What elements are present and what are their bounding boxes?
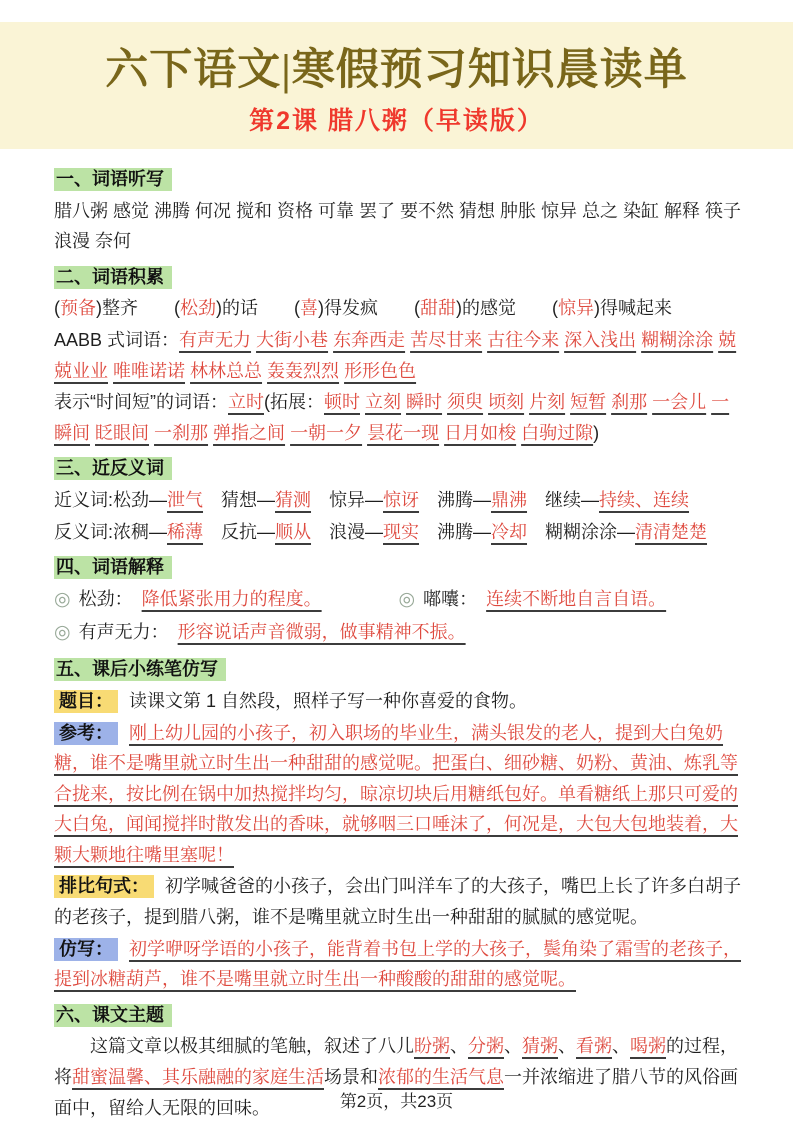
section-accumulation: 二、词语积累 (预备)整齐 (松劲)的话 (喜)得发疯 (甜甜)的感觉 (惊异)… — [54, 262, 743, 449]
parallel-sentence-text: 初学喊爸爸的小孩子，会出门叫洋车了的大孩子，嘴巴上长了许多白胡子的老孩子，提到腊… — [54, 876, 741, 927]
text-segment: 苦尽甘来 — [410, 330, 482, 350]
definition-text: 降低紧张用力的程度。 — [142, 589, 322, 609]
text-segment: 立时 — [228, 392, 264, 412]
definition-item: ◎ 有声无力： 形容说话声音微弱，做事精神不振。 — [54, 617, 743, 649]
text-segment: 顷刻 — [488, 392, 524, 412]
text-segment: 反抗— — [203, 522, 275, 542]
definition-term: 有声无力： — [79, 622, 169, 642]
text-segment: 稀薄 — [167, 522, 203, 542]
text-segment: 看粥 — [576, 1036, 612, 1056]
section-heading-row: 六、课文主题 — [54, 1000, 743, 1031]
section-dictation: 一、词语听写 腊八粥 感觉 沸腾 何况 搅和 资格 可靠 罢了 要不然 猜想 肿… — [54, 164, 743, 257]
topic-label: 题目： — [54, 690, 118, 713]
fill-in-phrases-line: (预备)整齐 (松劲)的话 (喜)得发疯 (甜甜)的感觉 (惊异)得喊起来 — [54, 293, 743, 324]
text-segment: 预备 — [60, 298, 96, 318]
section-heading-practice: 五、课后小练笔仿写 — [54, 658, 226, 681]
text-segment: 顿时 — [324, 392, 360, 412]
circle-bullet-icon: ◎ — [54, 622, 71, 643]
short-time-words-line: 表示“时间短”的词语：立时(拓展：顿时 立刻 瞬时 须臾 顷刻 片刻 短暂 刹那… — [54, 387, 743, 448]
text-segment: 昙花一现 — [367, 423, 439, 443]
title-banner: 六下语文|寒假预习知识晨读单 第2课 腊八粥（早读版） — [0, 22, 793, 149]
text-segment: 弹指之间 — [213, 423, 285, 443]
reference-paragraph: 参考： 刚上幼儿园的小孩子，初入职场的毕业生，满头银发的老人，提到大白兔奶糖，谁… — [54, 718, 743, 871]
text-segment: 鼎沸 — [491, 490, 527, 510]
page-title: 六下语文|寒假预习知识晨读单 — [0, 36, 793, 97]
definition-text: 形容说话声音微弱，做事精神不振。 — [178, 622, 466, 642]
definition-row: ◎ 松劲： 降低紧张用力的程度。 ◎ 嘟囔： 连续不断地自言自语。 — [54, 584, 743, 617]
text-segment: ) — [593, 423, 599, 443]
text-segment: 泄气 — [167, 490, 203, 510]
text-segment: 松劲 — [180, 298, 216, 318]
section-heading-row: 五、课后小练笔仿写 — [54, 654, 743, 685]
text-segment: 糊糊涂涂— — [527, 522, 635, 542]
text-segment: 眨眼间 — [95, 423, 149, 443]
text-segment: 腊八粥 感觉 沸腾 何况 搅和 资格 可靠 罢了 要不然 猜想 肿胀 惊异 总之… — [54, 201, 741, 252]
text-segment: 有声无力 — [179, 330, 251, 350]
section-heading-definitions: 四、词语解释 — [54, 556, 172, 579]
dictation-word-list: 腊八粥 感觉 沸腾 何况 搅和 资格 可靠 罢了 要不然 猜想 肿胀 惊异 总之… — [54, 196, 743, 257]
text-segment: )得发疯 ( — [318, 298, 420, 318]
antonyms-line: 反义词:浓稠—稀薄 反抗—顺从 浪漫—现实 沸腾—冷却 糊糊涂涂—清清楚楚 — [54, 517, 743, 548]
text-segment: 盼粥 — [414, 1036, 450, 1056]
text-segment: 继续— — [527, 490, 599, 510]
circle-bullet-icon: ◎ — [399, 589, 416, 610]
text-segment: 场景和 — [324, 1067, 378, 1087]
text-segment: 表示“时间短”的词语： — [54, 392, 228, 412]
definition-item: ◎ 松劲： 降低紧张用力的程度。 — [54, 584, 399, 616]
text-segment: )得喊起来 — [594, 298, 672, 318]
text-segment: 浓郁的生活气息 — [378, 1067, 504, 1087]
parallel-sentence-paragraph: 排比句式： 初学喊爸爸的小孩子，会出门叫洋车了的大孩子，嘴巴上长了许多白胡子的老… — [54, 871, 743, 932]
text-segment: 顺从 — [275, 522, 311, 542]
text-segment: 一朝一夕 — [290, 423, 362, 443]
text-segment: 轰轰烈烈 — [267, 361, 339, 381]
synonyms-line: 近义词:松劲—泄气 猜想—猜测 惊异—惊讶 沸腾—鼎沸 继续—持续、连续 — [54, 485, 743, 516]
text-segment: 惊讶 — [383, 490, 419, 510]
text-segment: 深入浅出 — [564, 330, 636, 350]
text-segment: 立刻 — [365, 392, 401, 412]
lesson-subtitle: 第2课 腊八粥（早读版） — [0, 101, 793, 137]
text-segment: 沸腾— — [419, 522, 491, 542]
text-segment: )的话 ( — [216, 298, 300, 318]
section-heading-row: 三、近反义词 — [54, 453, 743, 484]
text-segment: 日月如梭 — [444, 423, 516, 443]
section-heading-row: 二、词语积累 — [54, 262, 743, 293]
imitation-paragraph: 仿写： 初学咿呀学语的小孩子，能背着书包上学的大孩子，鬓角染了霜雪的老孩子，提到… — [54, 934, 743, 995]
text-segment: 刹那 — [611, 392, 647, 412]
reference-label: 参考： — [54, 722, 118, 745]
text-segment: 浪漫— — [311, 522, 383, 542]
text-segment: 这篇文章以极其细腻的笔触，叙述了八儿 — [54, 1036, 414, 1056]
definition-term: 嘟囔： — [423, 589, 477, 609]
text-segment: 一会儿 — [652, 392, 706, 412]
section-heading-theme: 六、课文主题 — [54, 1004, 172, 1027]
section-definitions: 四、词语解释 ◎ 松劲： 降低紧张用力的程度。 ◎ 嘟囔： 连续不断地自言自语。… — [54, 552, 743, 649]
text-segment: 甜蜜温馨、其乐融融的家庭生活 — [72, 1067, 324, 1087]
text-segment: 、 — [504, 1036, 522, 1056]
text-segment: 片刻 — [529, 392, 565, 412]
text-segment: )的感觉 ( — [456, 298, 558, 318]
text-segment: 持续、连续 — [599, 490, 689, 510]
text-segment: 、 — [558, 1036, 576, 1056]
definition-term: 松劲： — [79, 589, 133, 609]
topic-line: 题目： 读课文第 1 自然段，照样子写一种你喜爱的食物。 — [54, 686, 743, 717]
section-practice: 五、课后小练笔仿写 题目： 读课文第 1 自然段，照样子写一种你喜爱的食物。 参… — [54, 654, 743, 995]
text-segment: 糊糊涂涂 — [641, 330, 713, 350]
section-heading-row: 四、词语解释 — [54, 552, 743, 583]
text-segment: 惊异 — [558, 298, 594, 318]
text-segment: 近义词:松劲— — [54, 490, 167, 510]
text-segment: 林林总总 — [190, 361, 262, 381]
parallel-sentence-label: 排比句式： — [54, 875, 154, 898]
aabb-words-line: AABB 式词语：有声无力 大街小巷 东奔西走 苦尽甘来 古往今来 深入浅出 糊… — [54, 325, 743, 386]
text-segment: 形形色色 — [344, 361, 416, 381]
imitation-text: 初学咿呀学语的小孩子，能背着书包上学的大孩子，鬓角染了霜雪的老孩子，提到冰糖葫芦… — [54, 939, 741, 990]
text-segment: 沸腾— — [419, 490, 491, 510]
text-segment: 短暂 — [570, 392, 606, 412]
text-segment: 一刹那 — [154, 423, 208, 443]
text-segment: 猜测 — [275, 490, 311, 510]
text-segment: )整齐 ( — [96, 298, 180, 318]
text-segment: 清清楚楚 — [635, 522, 707, 542]
text-segment: 甜甜 — [420, 298, 456, 318]
text-segment: 东奔西走 — [333, 330, 405, 350]
imitation-label: 仿写： — [54, 938, 118, 961]
circle-bullet-icon: ◎ — [54, 589, 71, 610]
section-synonyms-antonyms: 三、近反义词 近义词:松劲—泄气 猜想—猜测 惊异—惊讶 沸腾—鼎沸 继续—持续… — [54, 453, 743, 547]
definition-item: ◎ 嘟囔： 连续不断地自言自语。 — [399, 584, 667, 616]
text-segment: 惊异— — [311, 490, 383, 510]
text-segment: 喝粥 — [630, 1036, 666, 1056]
text-segment: 分粥 — [468, 1036, 504, 1056]
text-segment: 须臾 — [447, 392, 483, 412]
text-segment: 猜粥 — [522, 1036, 558, 1056]
text-segment: 反义词:浓稠— — [54, 522, 167, 542]
topic-text: 读课文第 1 自然段，照样子写一种你喜爱的食物。 — [129, 691, 527, 711]
section-heading-accumulation: 二、词语积累 — [54, 266, 172, 289]
text-segment: 唯唯诺诺 — [113, 361, 185, 381]
text-segment: 、 — [612, 1036, 630, 1056]
text-segment: 白驹过隙 — [521, 423, 593, 443]
section-heading-synonyms: 三、近反义词 — [54, 457, 172, 480]
text-segment: 喜 — [300, 298, 318, 318]
text-segment: 冷却 — [491, 522, 527, 542]
text-segment: 猜想— — [203, 490, 275, 510]
text-segment: 瞬时 — [406, 392, 442, 412]
text-segment: 、 — [450, 1036, 468, 1056]
definition-text: 连续不断地自言自语。 — [486, 589, 666, 609]
text-segment: (拓展： — [264, 392, 324, 412]
text-segment: 古往今来 — [487, 330, 559, 350]
page-number: 第2页，共23页 — [340, 1092, 453, 1111]
reference-text: 刚上幼儿园的小孩子，初入职场的毕业生，满头银发的老人，提到大白兔奶糖，谁不是嘴里… — [54, 723, 738, 865]
study-sheet-page: 六下语文|寒假预习知识晨读单 第2课 腊八粥（早读版） 一、词语听写 腊八粥 感… — [0, 0, 793, 1122]
section-heading-row: 一、词语听写 — [54, 164, 743, 195]
sheet-content: 一、词语听写 腊八粥 感觉 沸腾 何况 搅和 资格 可靠 罢了 要不然 猜想 肿… — [0, 149, 793, 1122]
text-segment: AABB 式词语： — [54, 330, 179, 350]
section-heading-dictation: 一、词语听写 — [54, 168, 172, 191]
text-segment: 现实 — [383, 522, 419, 542]
page-footer: 第2页，共23页 — [0, 1087, 793, 1112]
text-segment: 大街小巷 — [256, 330, 328, 350]
